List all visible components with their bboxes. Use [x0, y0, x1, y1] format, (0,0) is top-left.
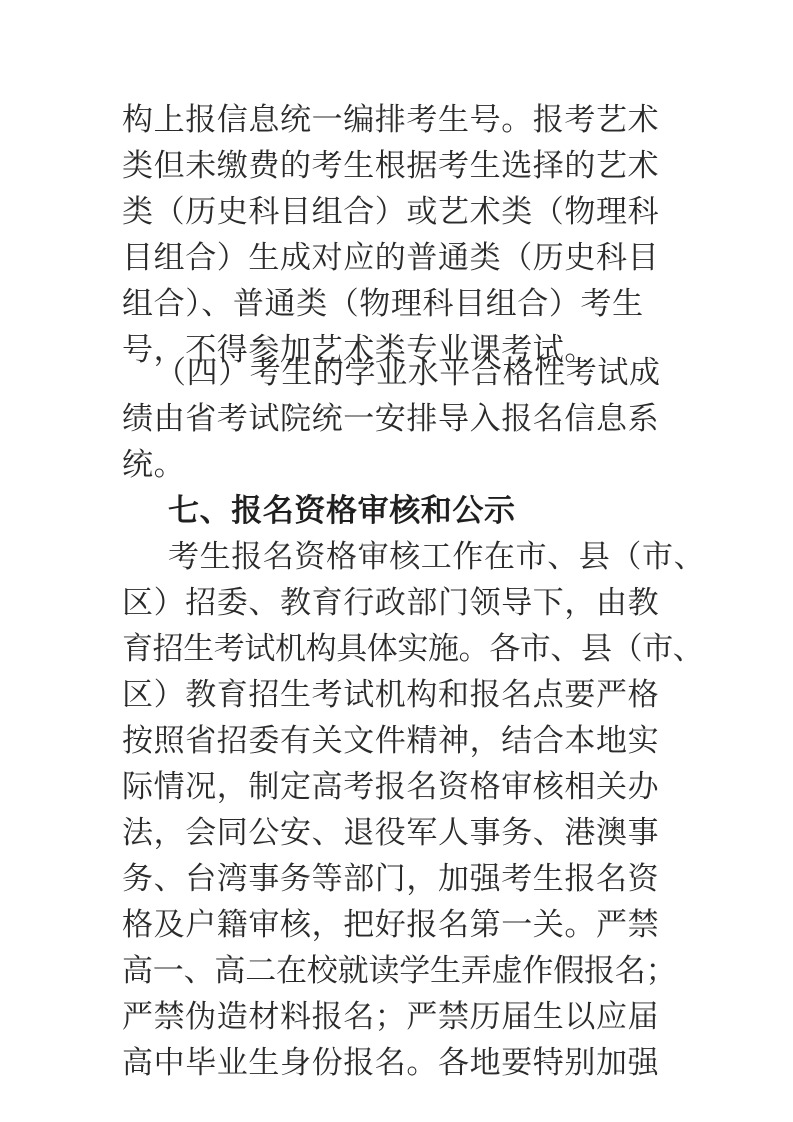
paragraph-line: 区）教育招生考试机构和报名点要严格: [122, 672, 682, 718]
paragraph-line: 严禁伪造材料报名；严禁历届生以应届: [122, 994, 682, 1040]
paragraph-line: 组合）、普通类（物理科目组合）考生: [122, 281, 682, 327]
paragraph-line: 务、台湾事务等部门，加强考生报名资: [122, 856, 682, 902]
paragraph-line: 按照省招委有关文件精神，结合本地实: [122, 718, 682, 764]
paragraph-line: 目组合）生成对应的普通类（历史科目: [122, 235, 682, 281]
paragraph-line: 高一、高二在校就读学生弄虚作假报名；: [122, 948, 682, 994]
paragraph-line: 区）招委、教育行政部门领导下，由教: [122, 580, 682, 626]
paragraph-line: 际情况，制定高考报名资格审核相关办: [122, 764, 682, 810]
paragraph-line: 类但未缴费的考生根据考生选择的艺术: [122, 143, 682, 189]
section-heading: 七、报名资格审核和公示: [168, 488, 728, 534]
paragraph-line: 类（历史科目组合）或艺术类（物理科: [122, 189, 682, 235]
paragraph-line: 育招生考试机构具体实施。各市、县（市、: [122, 626, 682, 672]
paragraph-line: 构上报信息统一编排考生号。报考艺术: [122, 97, 682, 143]
paragraph-line: 法，会同公安、退役军人事务、港澳事: [122, 810, 682, 856]
paragraph-line: 考生报名资格审核工作在市、县（市、: [168, 534, 728, 580]
document-page: 构上报信息统一编排考生号。报考艺术 类但未缴费的考生根据考生选择的艺术 类（历史…: [0, 0, 793, 1122]
paragraph-line: （四）考生的学业水平合格性考试成: [155, 350, 715, 396]
paragraph-line: 高中毕业生身份报名。各地要特别加强: [122, 1040, 682, 1086]
paragraph-line: 绩由省考试院统一安排导入报名信息系: [122, 396, 682, 442]
paragraph-line: 统。: [122, 442, 682, 488]
paragraph-line: 格及户籍审核，把好报名第一关。严禁: [122, 902, 682, 948]
